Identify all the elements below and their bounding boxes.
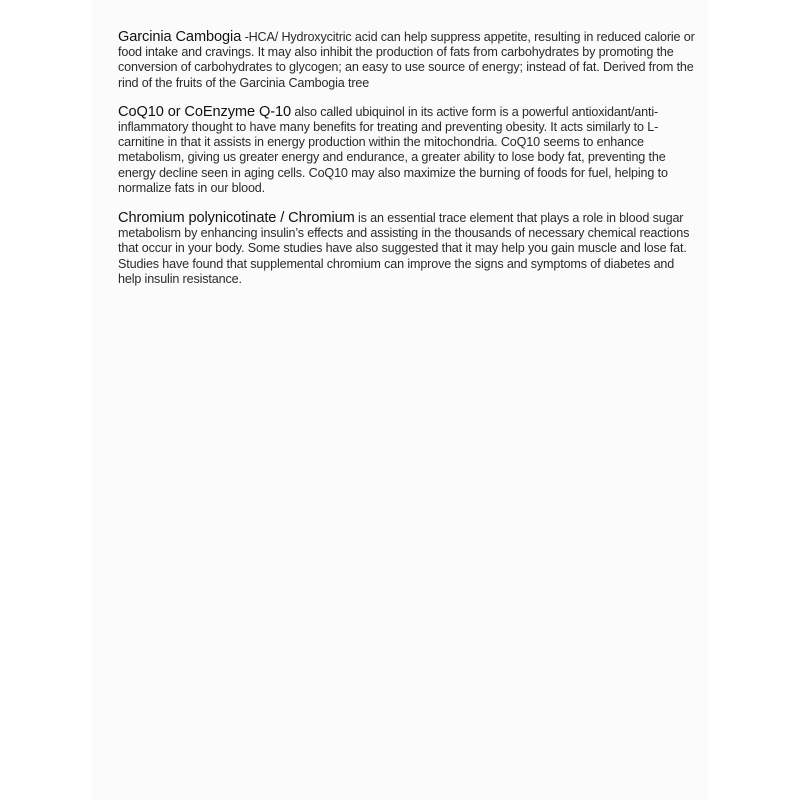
term-heading: CoQ10 or CoEnzyme Q-10 [118, 104, 291, 120]
paragraph-garcinia-cambogia: Garcinia Cambogia -HCA/ Hydroxycitric ac… [118, 30, 700, 91]
document-page: Garcinia Cambogia -HCA/ Hydroxycitric ac… [92, 0, 708, 800]
paragraph-coq10: CoQ10 or CoEnzyme Q-10 also called ubiqu… [118, 105, 700, 196]
term-heading: Chromium polynicotinate / Chromium [118, 210, 355, 226]
document-content: Garcinia Cambogia -HCA/ Hydroxycitric ac… [118, 30, 700, 302]
term-heading: Garcinia Cambogia [118, 29, 241, 45]
paragraph-chromium: Chromium polynicotinate / Chromium is an… [118, 211, 700, 287]
